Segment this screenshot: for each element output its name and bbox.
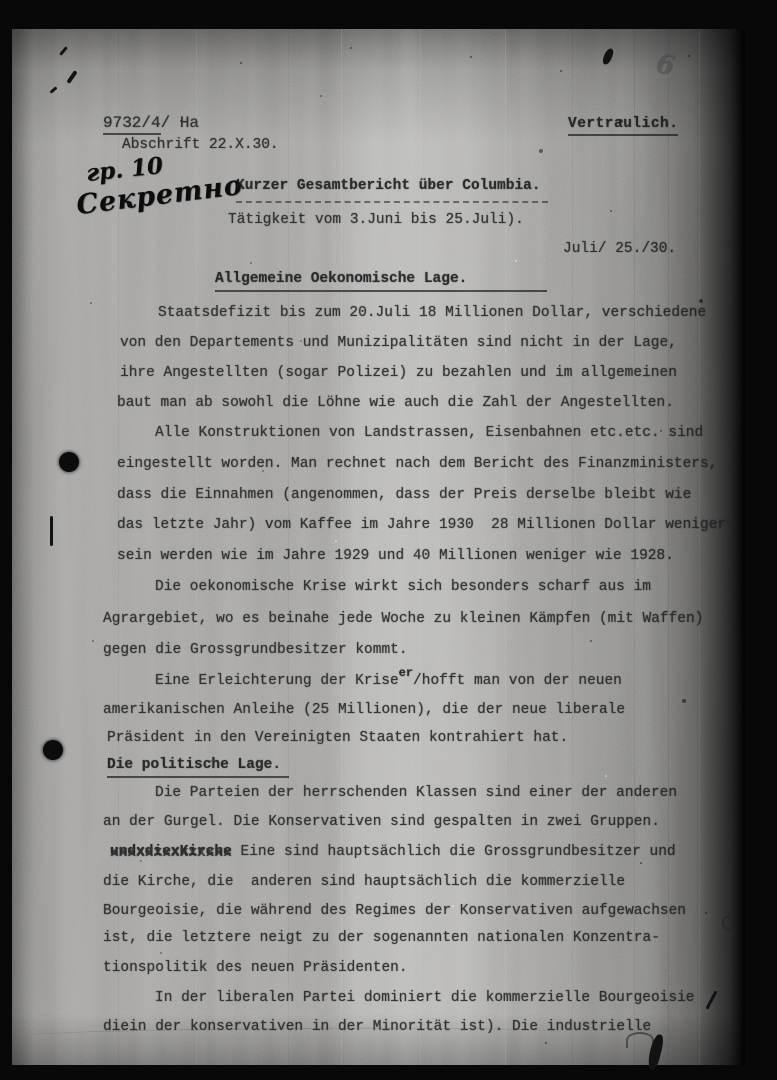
body-line: Die oekonomische Krise wirkt sich besond… (155, 580, 651, 595)
date-note: Juli/ 25./30. (563, 242, 676, 257)
classification-label: Vertraulich. (568, 117, 678, 132)
body-line: Die Parteien der herrschenden Klassen si… (155, 786, 677, 801)
body-line: baut man ab sowohl die Löhne wie auch di… (117, 396, 674, 411)
reference-suffix: / Ha (161, 114, 199, 132)
classification-text: Vertraulich. (568, 116, 678, 136)
body-line: gegen die Grossgrundbesitzer kommt. (103, 643, 408, 658)
body-line: die Kirche, die anderen sind hauptsächli… (103, 875, 625, 890)
reference-line: 9732/4/ Ha (103, 115, 199, 131)
strike-overtype-x: xxxxxxxxxxxxxx (110, 846, 232, 861)
body-line: Bourgeoisie, die während des Regimes der… (103, 904, 686, 919)
body-line: von den Departements und Munizipalitäten… (120, 336, 677, 351)
punch-hole (59, 452, 79, 472)
report-subtitle: Tätigkeit vom 3.Juni bis 25.Juli). (228, 213, 524, 228)
body-line: an der Gurgel. Die Konservativen sind ge… (103, 815, 660, 830)
reference-number: 9732/4 (103, 114, 161, 135)
body-line: das letzte Jahr) vom Kaffee im Jahre 193… (117, 518, 726, 533)
punch-hole (43, 740, 63, 760)
section-heading-political: Die politische Lage. (107, 758, 289, 778)
title-dashed-underline (236, 201, 548, 203)
body-line: Alle Konstruktionen von Landstrassen, Ei… (155, 426, 703, 441)
krise-text-before: Eine Erleichterung der Krise (155, 673, 399, 689)
body-line: amerikanischen Anleihe (25 Millionen), d… (103, 703, 625, 718)
body-line-with-insertion: Eine Erleichterung der Kriseer/hofft man… (155, 674, 622, 689)
dust-specks (0, 0, 2, 2)
pen-stroke-vertical (50, 516, 53, 546)
body-line: dass die Einnahmen (angenommen, dass der… (117, 488, 691, 503)
typed-insertion-above: er (399, 666, 413, 680)
body-line: ihre Angestellten (sogar Polizei) zu bez… (120, 366, 677, 381)
body-line: tionspolitik des neuen Präsidenten. (103, 961, 408, 976)
report-title: Kurzer Gesamtbericht über Columbia. (236, 179, 541, 194)
section-heading-economic: Allgemeine Oekonomische Lage. (215, 272, 547, 292)
body-line: Präsident in den Vereinigten Staaten kon… (107, 731, 568, 746)
strike-line-rest: Eine sind hauptsächlich die Grossgrundbe… (232, 844, 676, 860)
body-line: sein werden wie im Jahre 1929 und 40 Mil… (117, 549, 674, 564)
body-line-with-strikeout: undxdiexKirchexxxxxxxxxxxxxx Eine sind h… (110, 845, 676, 860)
body-line: ist, die letztere neigt zu der sogenannt… (103, 931, 660, 946)
body-line: In der liberalen Partei dominiert die ko… (155, 991, 695, 1006)
body-line: Staatsdefizit bis zum 20.Juli 18 Million… (158, 306, 706, 321)
copy-note: Abschrift 22.X.30. (122, 138, 279, 153)
body-line: Agrargebiet, wo es beinahe jede Woche zu… (103, 612, 703, 627)
pen-arc-mark (626, 1032, 654, 1048)
krise-text-after: /hofft man von der neuen (413, 673, 622, 689)
document-scan: 9732/4/ Ha Abschrift 22.X.30. гр. 10 Сек… (0, 0, 777, 1080)
body-line: eingestellt worden. Man rechnet nach dem… (117, 457, 717, 472)
struck-out-word: undxdiexKirchexxxxxxxxxxxxxx (110, 845, 232, 860)
